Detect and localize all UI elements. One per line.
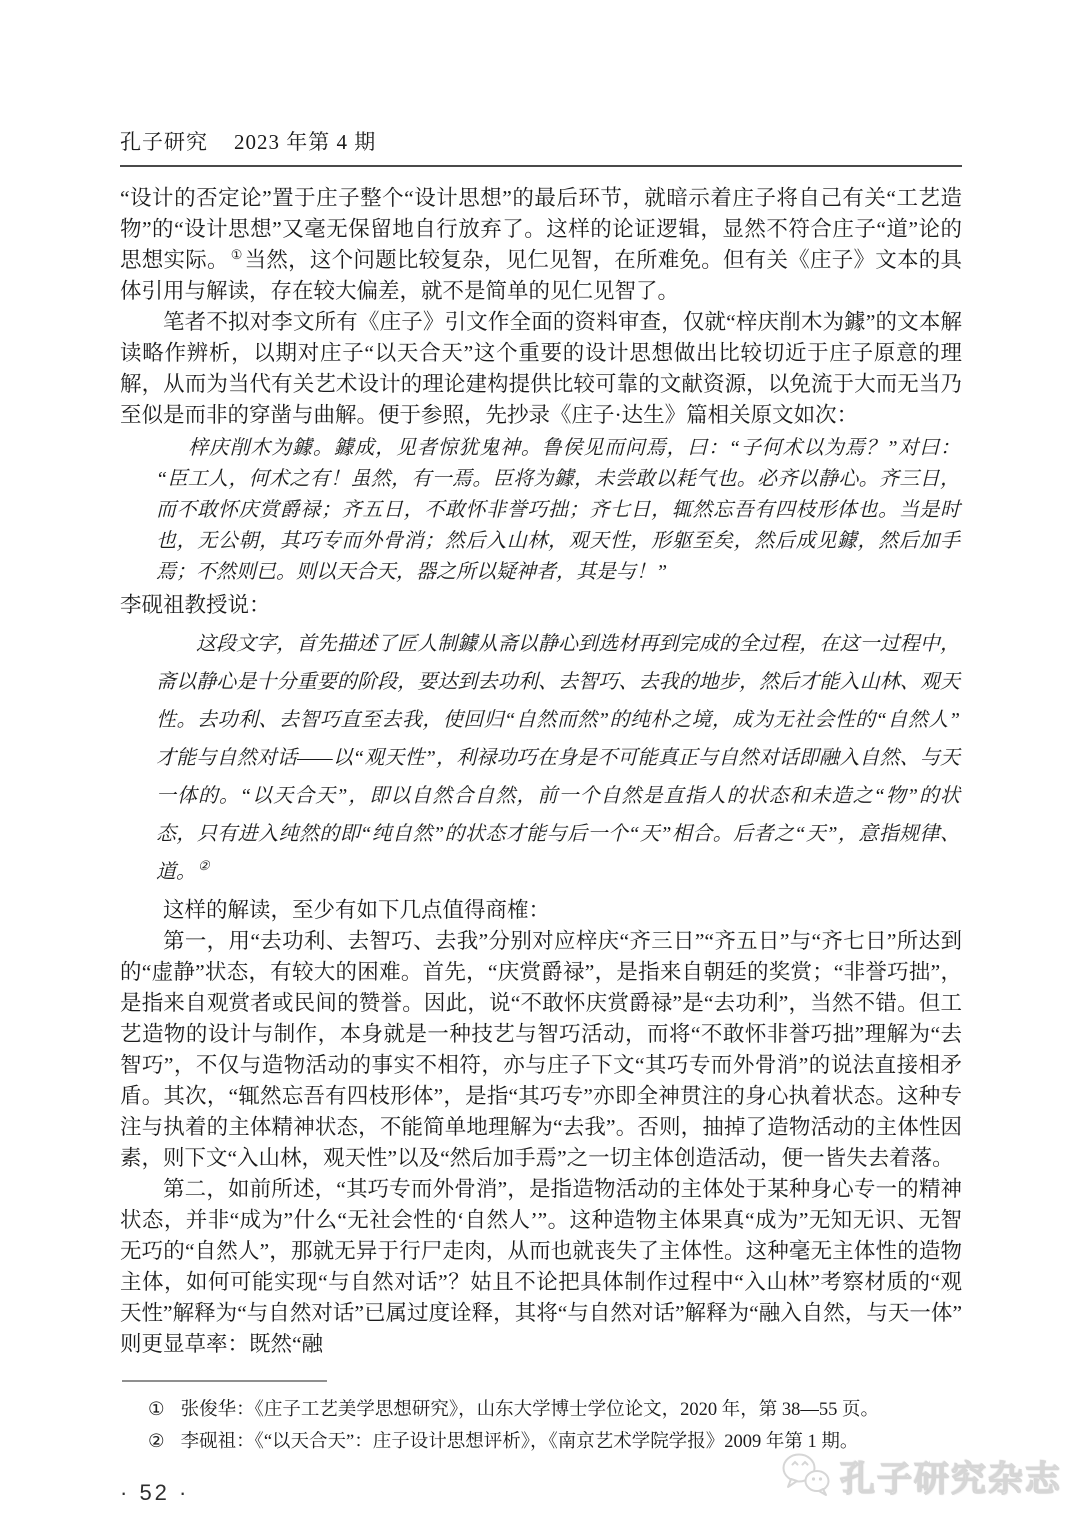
- article-body: “设计的否定论”置于庄子整个“设计思想”的最后环节，就暗示着庄子将自己有关“工艺…: [120, 183, 962, 1360]
- paragraph-1: “设计的否定论”置于庄子整个“设计思想”的最后环节，就暗示着庄子将自己有关“工艺…: [120, 183, 962, 307]
- paragraph-4: 第一，用“去功利、去智巧、去我”分别对应梓庆“齐三日”“齐五日”与“齐七日”所达…: [120, 926, 962, 1174]
- paragraph-3: 这样的解读，至少有如下几点值得商榷：: [120, 895, 962, 926]
- footnote-1: ①张俊华：《庄子工艺美学思想研究》，山东大学博士学位论文，2020 年，第 38…: [120, 1394, 962, 1426]
- page-content: 孔子研究 2023 年第 4 期 “设计的否定论”置于庄子整个“设计思想”的最后…: [120, 126, 962, 1506]
- zhuangzi-quote-block: 梓庆削木为鐻。鐻成，见者惊犹鬼神。鲁侯见而问焉，曰：“子何术以为焉？”对曰：“臣…: [156, 433, 960, 588]
- watermark-label: 孔子研究杂志: [840, 1452, 1062, 1502]
- journal-page: 孔子研究 2023 年第 4 期 “设计的否定论”置于庄子整个“设计思想”的最后…: [0, 0, 1080, 1526]
- footnote-1-marker: ①: [148, 1400, 165, 1420]
- footnote-ref-1: ①: [229, 247, 245, 262]
- footnote-ref-2: ②: [196, 858, 212, 873]
- issue-label: 2023 年第 4 期: [234, 126, 376, 156]
- wechat-icon: [778, 1449, 834, 1504]
- footnote-separator: [122, 1380, 327, 1382]
- footnote-1-text: 张俊华：《庄子工艺美学思想研究》，山东大学博士学位论文，2020 年，第 38—…: [181, 1400, 879, 1420]
- speaker-line: 李砚祖教授说：: [120, 590, 962, 621]
- li-yanzu-quote-text: 这段文字，首先描述了匠人制鐻从斋以静心到选材再到完成的全过程，在这一过程中，斋以…: [156, 633, 960, 883]
- footnote-2-marker: ②: [148, 1432, 165, 1452]
- paragraph-1-continuation: 当然，这个问题比较复杂，见仁见智，在所难免。但有关《庄子》文本的具体引用与解读，…: [120, 248, 962, 303]
- paragraph-5: 第二，如前所述，“其巧专而外骨消”，是指造物活动的主体处于某种身心专一的精神状态…: [120, 1174, 962, 1360]
- li-yanzu-quote-block: 这段文字，首先描述了匠人制鐻从斋以静心到选材再到完成的全过程，在这一过程中，斋以…: [156, 625, 960, 891]
- journal-title: 孔子研究: [120, 126, 208, 156]
- running-head: 孔子研究 2023 年第 4 期: [120, 126, 962, 167]
- journal-watermark: 孔子研究杂志: [778, 1449, 1062, 1504]
- paragraph-2: 笔者不拟对李文所有《庄子》引文作全面的资料审查，仅就“梓庆削木为鐻”的文本解读略…: [120, 307, 962, 431]
- footnote-2-text: 李砚祖：《“以天合天”：庄子设计思想评析》，《南京艺术学院学报》2009 年第 …: [181, 1432, 859, 1452]
